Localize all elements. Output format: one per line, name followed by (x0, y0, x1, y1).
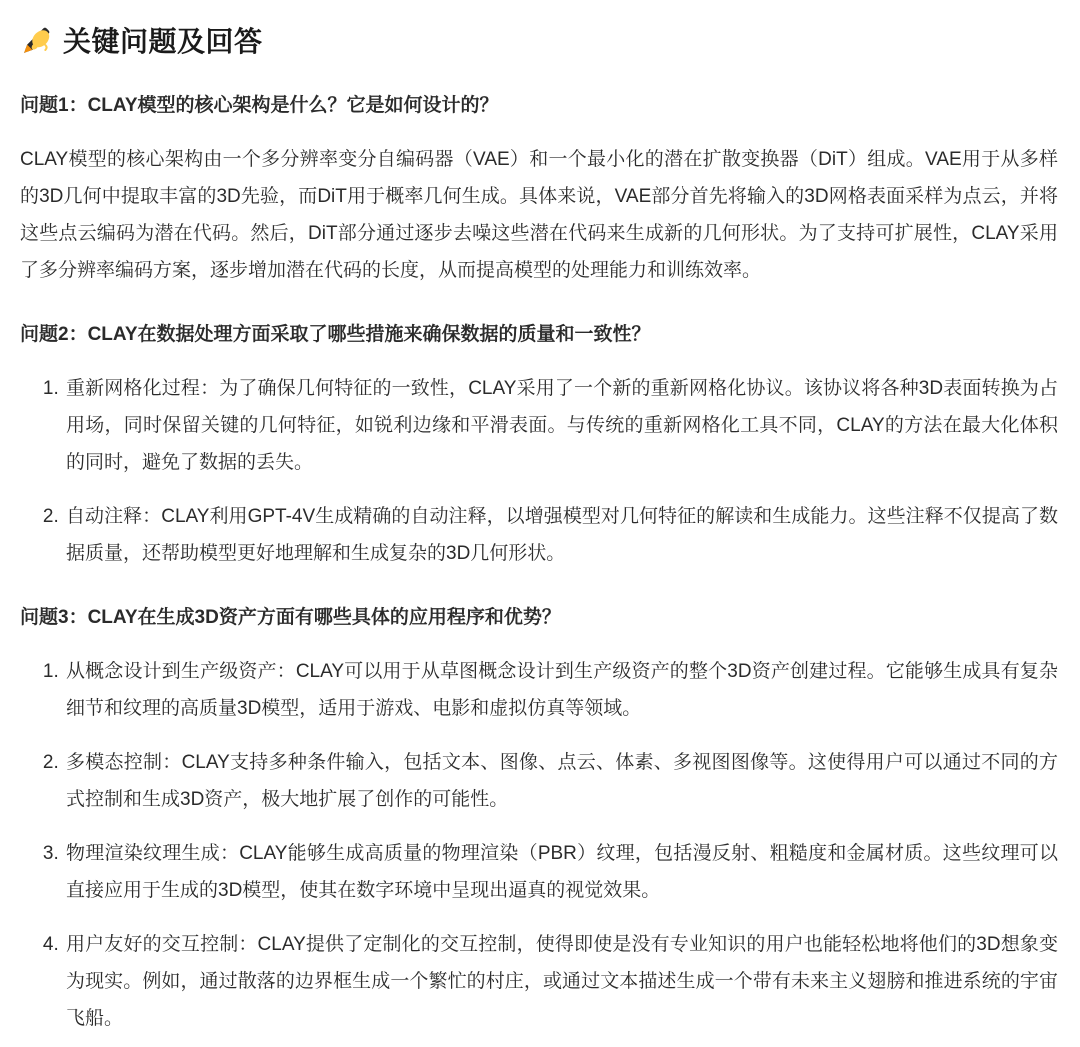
writing-hand-icon (22, 25, 52, 55)
question-2: 问题2：CLAY在数据处理方面采取了哪些措施来确保数据的质量和一致性？ (20, 316, 1058, 353)
qa-section-1: 问题1：CLAY模型的核心架构是什么？它是如何设计的？ CLAY模型的核心架构由… (20, 87, 1058, 289)
question-1: 问题1：CLAY模型的核心架构是什么？它是如何设计的？ (20, 87, 1058, 124)
list-item: 多模态控制：CLAY支持多种条件输入，包括文本、图像、点云、体素、多视图图像等。… (64, 744, 1058, 818)
qa-section-3: 问题3：CLAY在生成3D资产方面有哪些具体的应用程序和优势？ 从概念设计到生产… (20, 599, 1058, 1037)
page-title: 关键问题及回答 (22, 20, 1058, 60)
list-item: 用户友好的交互控制：CLAY提供了定制化的交互控制，使得即使是没有专业知识的用户… (64, 926, 1058, 1037)
list-item: 重新网格化过程：为了确保几何特征的一致性，CLAY采用了一个新的重新网格化协议。… (64, 370, 1058, 481)
list-item: 物理渲染纹理生成：CLAY能够生成高质量的物理渲染（PBR）纹理，包括漫反射、粗… (64, 835, 1058, 909)
document: 关键问题及回答 问题1：CLAY模型的核心架构是什么？它是如何设计的？ CLAY… (0, 0, 1080, 1037)
answer-paragraph-1: CLAY模型的核心架构由一个多分辨率变分自编码器（VAE）和一个最小化的潜在扩散… (20, 141, 1058, 289)
answer-list-3: 从概念设计到生产级资产：CLAY可以用于从草图概念设计到生产级资产的整个3D资产… (20, 653, 1058, 1037)
list-item: 自动注释：CLAY利用GPT-4V生成精确的自动注释，以增强模型对几何特征的解读… (64, 498, 1058, 572)
question-3: 问题3：CLAY在生成3D资产方面有哪些具体的应用程序和优势？ (20, 599, 1058, 636)
qa-section-2: 问题2：CLAY在数据处理方面采取了哪些措施来确保数据的质量和一致性？ 重新网格… (20, 316, 1058, 572)
page-title-text: 关键问题及回答 (63, 20, 263, 60)
answer-list-2: 重新网格化过程：为了确保几何特征的一致性，CLAY采用了一个新的重新网格化协议。… (20, 370, 1058, 572)
list-item: 从概念设计到生产级资产：CLAY可以用于从草图概念设计到生产级资产的整个3D资产… (64, 653, 1058, 727)
